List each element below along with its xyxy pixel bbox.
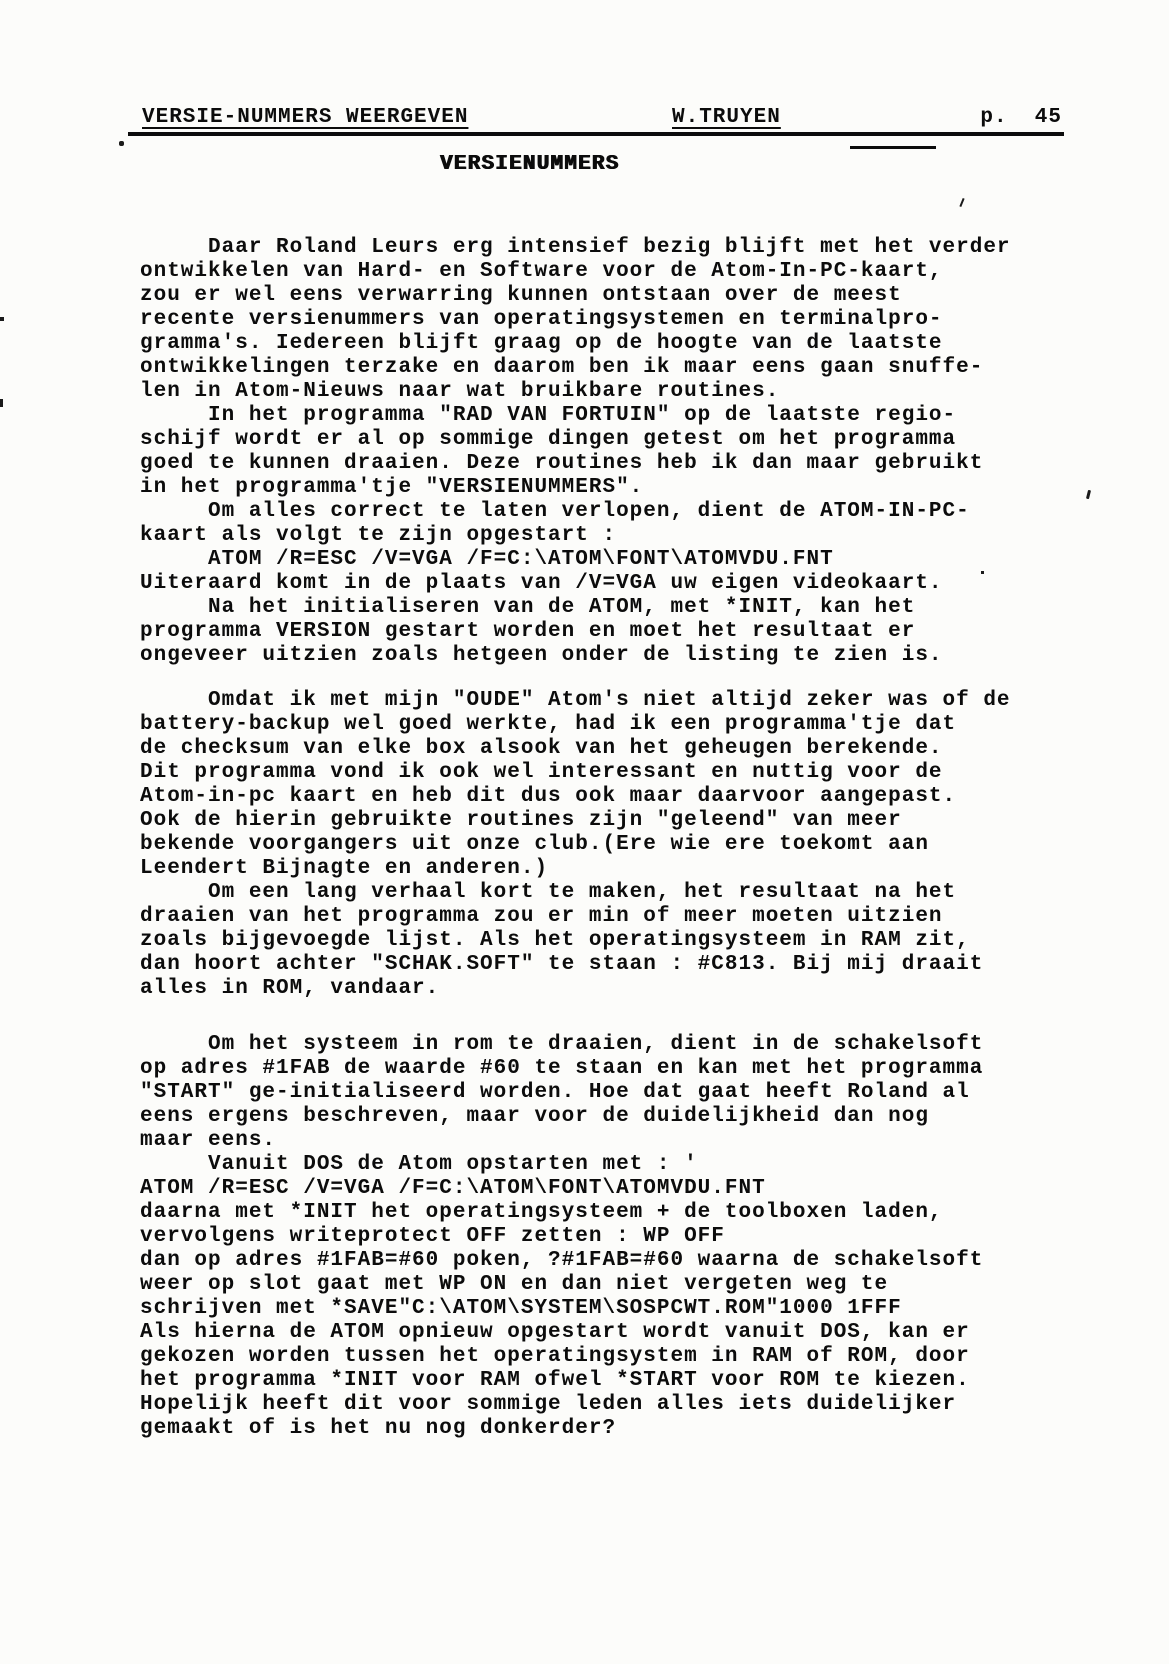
scan-artifact-left-edge	[0, 317, 4, 321]
header-section-title: VERSIE-NUMMERS WEERGEVEN	[142, 106, 468, 129]
scan-artifact-slash	[959, 198, 964, 207]
article-body: Daar Roland Leurs erg intensief bezig bl…	[140, 236, 1100, 1441]
article-title: VERSIENUMMERS	[440, 153, 619, 176]
scan-artifact-speck	[981, 571, 984, 574]
header-author: W.TRUYEN	[672, 106, 781, 129]
scan-artifact-left-edge	[0, 399, 3, 407]
header-page-number: p. 45	[980, 106, 1062, 129]
page-number-underline	[850, 146, 936, 149]
scanned-document-page: VERSIE-NUMMERS WEERGEVEN W.TRUYEN p. 45 …	[0, 0, 1169, 1664]
paragraph-rom-instructions: Om het systeem in rom te draaien, dient …	[140, 1033, 1100, 1441]
paragraph-intro: Daar Roland Leurs erg intensief bezig bl…	[140, 236, 1100, 668]
paragraph-checksum: Omdat ik met mijn "OUDE" Atom's niet alt…	[140, 689, 1100, 1001]
page-header: VERSIE-NUMMERS WEERGEVEN W.TRUYEN p. 45	[128, 98, 1064, 136]
scan-artifact-dot	[119, 141, 124, 146]
